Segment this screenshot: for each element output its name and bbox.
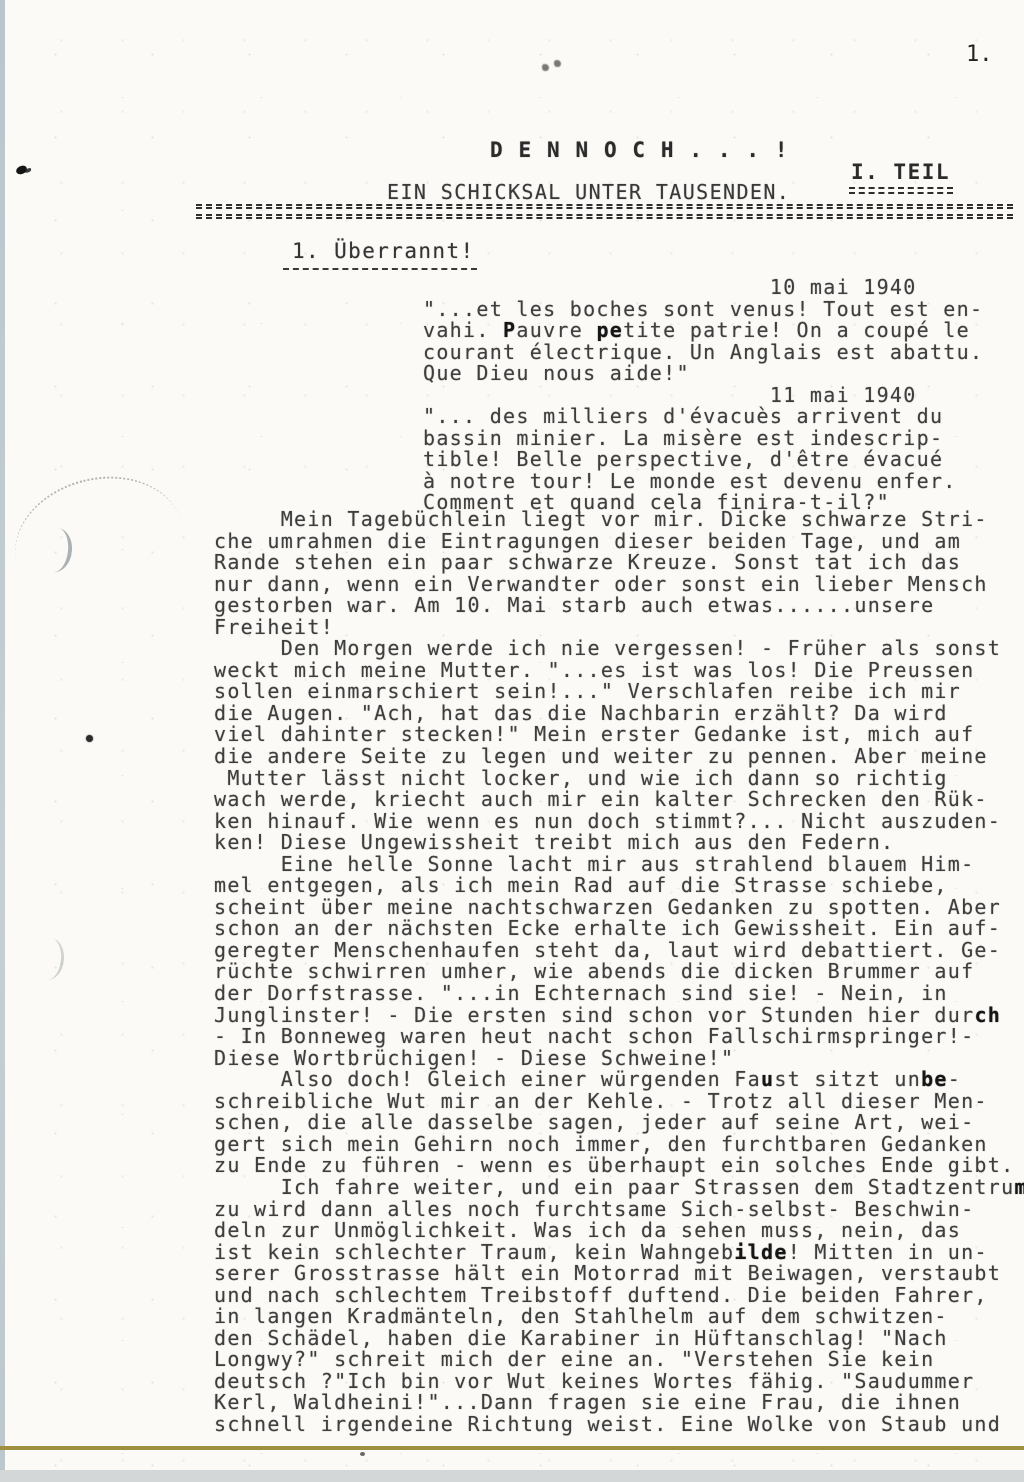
document-subtitle: EIN SCHICKSAL UNTER TAUSENDEN. bbox=[387, 180, 790, 204]
text-line: schnell irgendeine Richtung weist. Eine … bbox=[214, 1414, 1024, 1436]
part-underline bbox=[849, 187, 953, 189]
text-line: Also doch! Gleich einer würgenden Faust … bbox=[214, 1069, 1024, 1091]
text-line: courant électrique. Un Anglais est abatt… bbox=[423, 342, 983, 364]
text-line: Freiheit! bbox=[214, 617, 1024, 639]
ink-dot bbox=[86, 735, 93, 742]
text-line: und nach schlechtem Treibstoff duftend. … bbox=[214, 1285, 1024, 1307]
text-line: den Schädel, haben die Karabiner in Hüft… bbox=[214, 1328, 1024, 1350]
text-line: sollen einmarschiert sein!..." Verschlaf… bbox=[214, 681, 1024, 703]
ink-speck bbox=[360, 1452, 365, 1456]
ink-smudge bbox=[540, 60, 566, 72]
text-line: Rande stehen ein paar schwarze Kreuze. S… bbox=[214, 552, 1024, 574]
text-line: Que Dieu nous aide!" bbox=[423, 363, 983, 385]
text-line: geregter Menschenhaufen steht da, laut w… bbox=[214, 940, 1024, 962]
text-line: weckt mich meine Mutter. "...es ist was … bbox=[214, 660, 1024, 682]
text-line: Den Morgen werde ich nie vergessen! - Fr… bbox=[214, 638, 1024, 660]
ink-blob bbox=[15, 165, 28, 175]
text-line: deln zur Unmöglichkeit. Was ich da sehen… bbox=[214, 1220, 1024, 1242]
diary-quote: 10 mai 1940"...et les boches sont venus!… bbox=[423, 277, 983, 514]
text-line: schen, die alle dasselbe sagen, jeder au… bbox=[214, 1112, 1024, 1134]
text-line: zu Ende zu führen - wenn es überhaupt ei… bbox=[214, 1155, 1024, 1177]
text-line: Ich fahre weiter, und ein paar Strassen … bbox=[214, 1177, 1024, 1199]
part-underline bbox=[849, 192, 953, 194]
text-line: wach werde, kriecht auch mir ein kalter … bbox=[214, 789, 1024, 811]
text-line: die Augen. "Ach, hat das die Nachbarin e… bbox=[214, 703, 1024, 725]
text-line: schon an der nächsten Ecke erhalte ich G… bbox=[214, 918, 1024, 940]
text-line: Mutter lässt nicht locker, und wie ich d… bbox=[214, 768, 1024, 790]
text-line: "...et les boches sont venus! Tout est e… bbox=[423, 299, 983, 321]
text-line: vahi. Pauvre petite patrie! On a coupé l… bbox=[423, 320, 983, 342]
paper-edge bbox=[0, 0, 5, 1482]
text-line: Diese Wortbrüchigen! - Diese Schweine!" bbox=[214, 1048, 1024, 1070]
text-line: ist kein schlechter Traum, kein Wahngebi… bbox=[214, 1242, 1024, 1264]
text-line: nur dann, wenn ein Verwandter oder sonst… bbox=[214, 574, 1024, 596]
divider-rule bbox=[196, 204, 1013, 209]
scanned-page: 1. D E N N O C H . . . ! EIN SCHICKSAL U… bbox=[0, 0, 1024, 1482]
text-line: "... des milliers d'évacuès arrivent du bbox=[423, 406, 983, 428]
text-line: tible! Belle perspective, d'être évacué bbox=[423, 449, 983, 471]
text-line: Mein Tagebüchlein liegt vor mir. Dicke s… bbox=[214, 509, 1024, 531]
text-line: ken! Diese Ungewissheit treibt mich aus … bbox=[214, 832, 1024, 854]
text-line: Longwy?" schreit mich der eine an. "Vers… bbox=[214, 1349, 1024, 1371]
text-line: deutsch ?"Ich bin vor Wut keines Wortes … bbox=[214, 1371, 1024, 1393]
part-label: I. TEIL bbox=[851, 160, 950, 184]
scan-band bbox=[0, 1470, 1024, 1482]
text-line: zu wird dann alles noch furchtsame Sich-… bbox=[214, 1199, 1024, 1221]
text-line: 10 mai 1940 bbox=[423, 277, 983, 299]
text-line: scheint über meine nachtschwarzen Gedank… bbox=[214, 897, 1024, 919]
text-line: Kerl, Waldheini!"...Dann fragen sie eine… bbox=[214, 1392, 1024, 1414]
text-line: der Dorfstrasse. "...in Echternach sind … bbox=[214, 983, 1024, 1005]
text-line: - In Bonneweg waren heut nacht schon Fal… bbox=[214, 1026, 1024, 1048]
text-line: gestorben war. Am 10. Mai starb auch etw… bbox=[214, 595, 1024, 617]
text-line: in langen Kradmänteln, den Stahlhelm auf… bbox=[214, 1306, 1024, 1328]
page-number: 1. bbox=[966, 42, 993, 67]
text-line: mel entgegen, als ich mein Rad auf die S… bbox=[214, 875, 1024, 897]
text-line: die andere Seite zu legen und weiter zu … bbox=[214, 746, 1024, 768]
scan-arc-mark bbox=[1, 459, 197, 626]
text-line: ken hinauf. Wie wenn es nun doch stimmt?… bbox=[214, 811, 1024, 833]
text-line: serer Grosstrasse hält ein Motorrad mit … bbox=[214, 1263, 1024, 1285]
section-underline bbox=[283, 268, 477, 270]
bottom-rule bbox=[0, 1446, 1024, 1450]
text-line: che umrahmen die Eintragungen dieser bei… bbox=[214, 531, 1024, 553]
text-line: Eine helle Sonne lacht mir aus strahlend… bbox=[214, 854, 1024, 876]
text-line: viel dahinter stecken!" Mein erster Geda… bbox=[214, 724, 1024, 746]
text-line: à notre tour! Le monde est devenu enfer. bbox=[423, 471, 983, 493]
hole-punch-mark bbox=[32, 937, 66, 982]
divider-rule bbox=[196, 214, 1013, 219]
section-heading: 1. Überrannt! bbox=[292, 239, 475, 263]
text-line: 11 mai 1940 bbox=[423, 385, 983, 407]
text-line: schreibliche Wut mir an der Kehle. - Tro… bbox=[214, 1091, 1024, 1113]
document-title: D E N N O C H . . . ! bbox=[490, 138, 789, 162]
text-line: rüchte schwirren umher, wie abends die d… bbox=[214, 961, 1024, 983]
text-line: gert sich mein Gehirn noch immer, den fu… bbox=[214, 1134, 1024, 1156]
text-line: Junglinster! - Die ersten sind schon vor… bbox=[214, 1005, 1024, 1027]
text-line: bassin minier. La misère est indescrip- bbox=[423, 428, 983, 450]
body-text: Mein Tagebüchlein liegt vor mir. Dicke s… bbox=[214, 509, 1024, 1436]
